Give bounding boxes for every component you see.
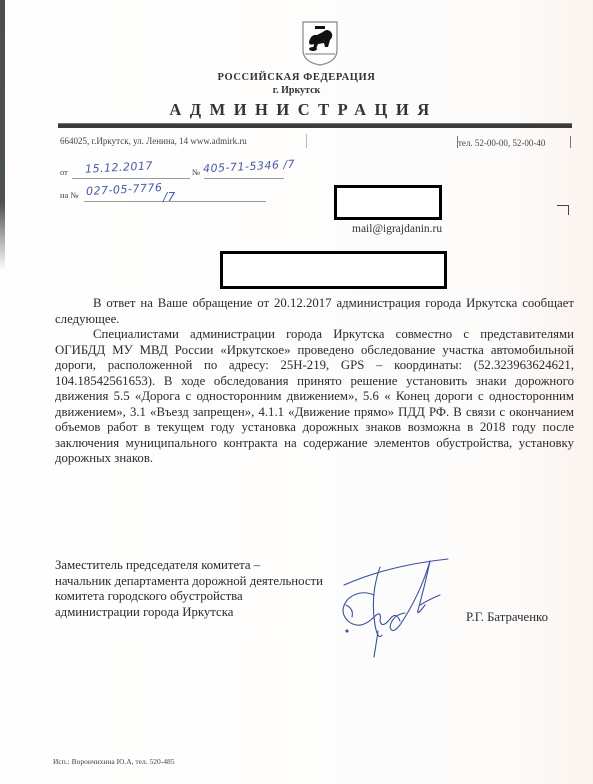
address-corner-mark [557, 205, 569, 215]
recipient-email: mail@igrajdanin.ru [352, 223, 442, 235]
body-paragraph: В ответ на Ваше обращение от 20.12.2017 … [55, 296, 574, 327]
signatory-title-line: комитета городского обустройства [55, 589, 323, 605]
body-paragraph: Специалистами администрации города Иркут… [55, 327, 574, 467]
from-date-value: 15.12.2017 [85, 159, 154, 176]
letter-body: В ответ на Ваше обращение от 20.12.2017 … [55, 296, 574, 467]
from-date-line [72, 178, 190, 179]
organization-title: АДМИНИСТРАЦИЯ [0, 100, 593, 120]
organization-phone: тел. 52-00-00, 52-00-40 [458, 138, 545, 148]
incoming-number-value: 027-05-7776 [86, 181, 163, 198]
city-name: г. Иркутск [0, 85, 593, 96]
country-name: РОССИЙСКАЯ ФЕДЕРАЦИЯ [0, 72, 593, 83]
incoming-number-suffix: /7 [163, 190, 176, 204]
signatory-name: Р.Г. Батраченко [466, 610, 548, 625]
letter-page: РОССИЙСКАЯ ФЕДЕРАЦИЯ г. Иркутск АДМИНИСТ… [0, 0, 593, 784]
redacted-recipient-address [220, 251, 447, 289]
outgoing-number-value: 405-71-5346 /7 [203, 158, 296, 176]
scan-edge-shadow [0, 0, 5, 270]
executor-info: Исп.: Ворончихина Ю.А, тел. 520-485 [53, 757, 174, 766]
signatory-title-line: начальник департамента дорожной деятельн… [55, 574, 323, 590]
signatory-title: Заместитель председателя комитета – нача… [55, 558, 323, 620]
organization-address: 664025, г.Иркутск, ул. Ленина, 14 www.ad… [60, 136, 247, 146]
signatory-title-line: Заместитель председателя комитета – [55, 558, 323, 574]
from-date-label: от [60, 167, 68, 177]
redacted-recipient-name [334, 185, 442, 220]
signatory-title-line: администрации города Иркутска [55, 605, 323, 621]
handwritten-signature [330, 555, 450, 660]
irkutsk-coat-of-arms-icon [301, 20, 339, 66]
phone-bracket-right [570, 136, 571, 148]
reply-number-label: на № [60, 190, 79, 200]
number-label: № [192, 167, 200, 177]
letterhead-divider [58, 123, 572, 128]
address-separator [306, 134, 307, 148]
number-line [204, 178, 284, 179]
